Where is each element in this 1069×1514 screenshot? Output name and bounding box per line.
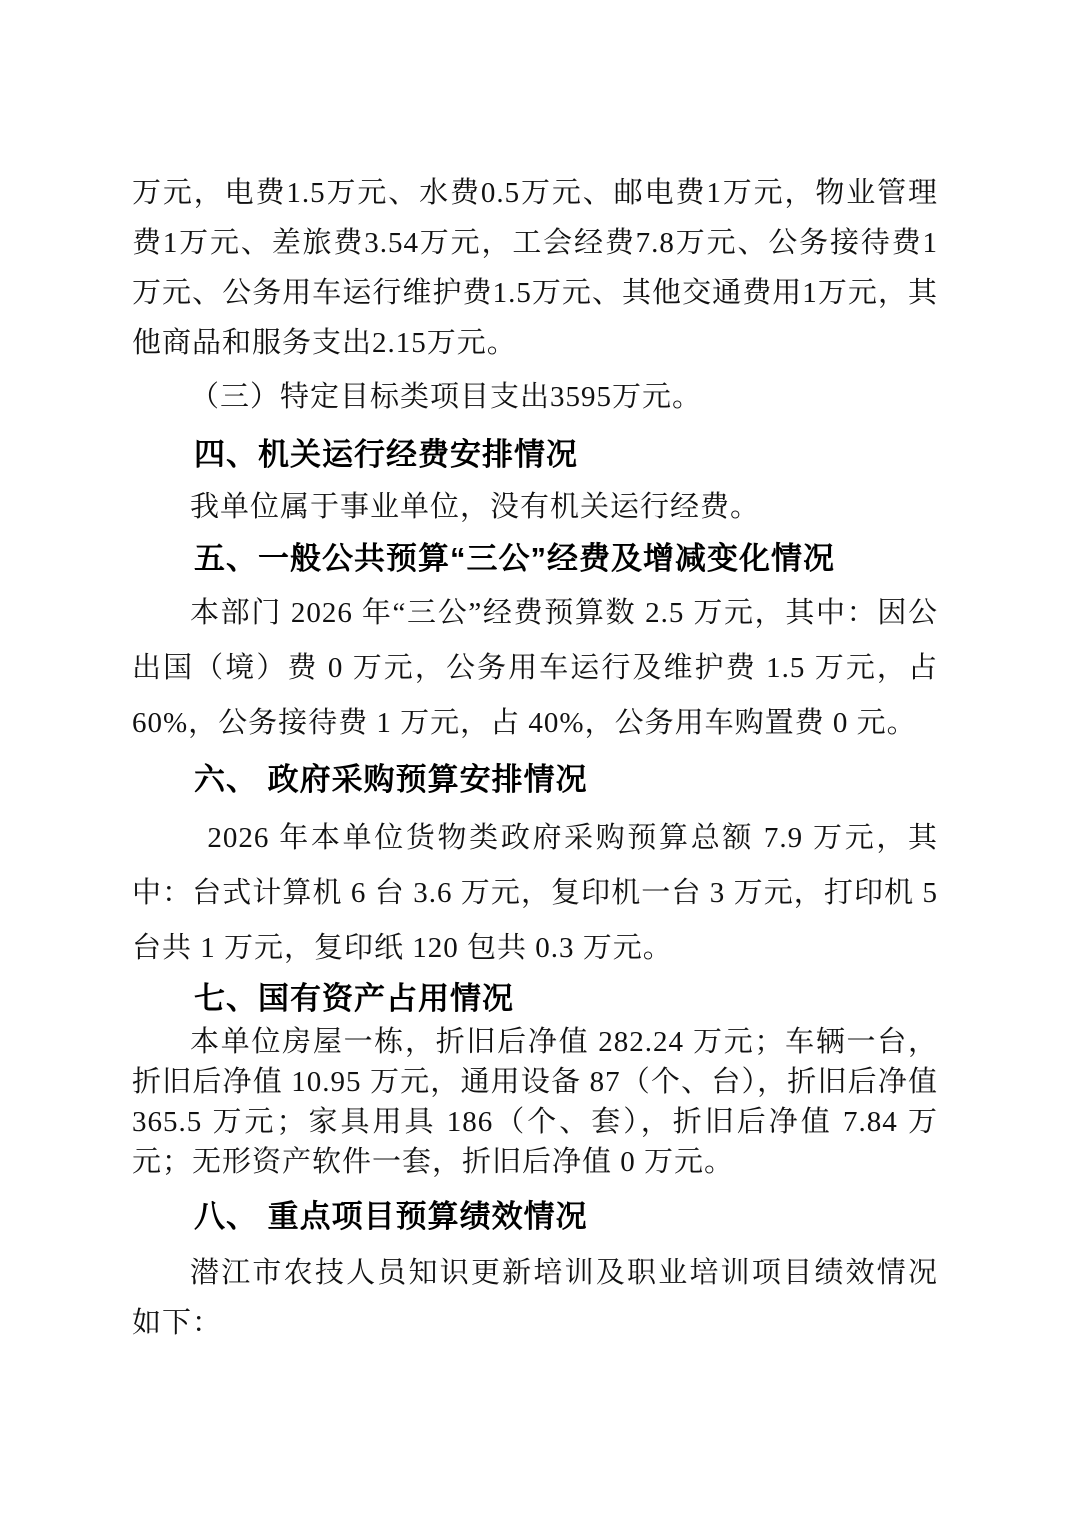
document-page: 万元，电费1.5万元、水费0.5万元、邮电费1万元，物业管理费1万元、差旅费3.…	[0, 0, 1069, 1514]
section-body-key-project-performance: 潜江市农技人员知识更新培训及职业培训项目绩效情况如下：	[132, 1248, 938, 1348]
section-body-agency-operating-funds: 我单位属于事业单位，没有机关运行经费。	[132, 482, 938, 532]
section-heading-agency-operating-funds: 四、机关运行经费安排情况	[132, 432, 938, 478]
document-content: 万元，电费1.5万元、水费0.5万元、邮电费1万元，物业管理费1万元、差旅费3.…	[132, 168, 938, 1348]
section-heading-state-owned-assets: 七、国有资产占用情况	[132, 976, 938, 1022]
section-body-state-owned-assets: 本单位房屋一栋，折旧后净值 282.24 万元；车辆一台，折旧后净值 10.95…	[132, 1022, 938, 1182]
paragraph-continuation: 万元，电费1.5万元、水费0.5万元、邮电费1万元，物业管理费1万元、差旅费3.…	[132, 168, 938, 368]
section-body-three-public-funds: 本部门 2026 年“三公”经费预算数 2.5 万元，其中：因公出国（境）费 0…	[132, 586, 938, 751]
paragraph-item-three: （三）特定目标类项目支出3595万元。	[132, 372, 938, 422]
section-heading-key-project-performance: 八、 重点项目预算绩效情况	[132, 1194, 938, 1240]
section-heading-three-public-funds: 五、一般公共预算“三公”经费及增减变化情况	[132, 536, 938, 582]
section-body-government-procurement: 2026 年本单位货物类政府采购预算总额 7.9 万元，其中：台式计算机 6 台…	[132, 811, 938, 976]
section-heading-government-procurement: 六、 政府采购预算安排情况	[132, 757, 938, 803]
